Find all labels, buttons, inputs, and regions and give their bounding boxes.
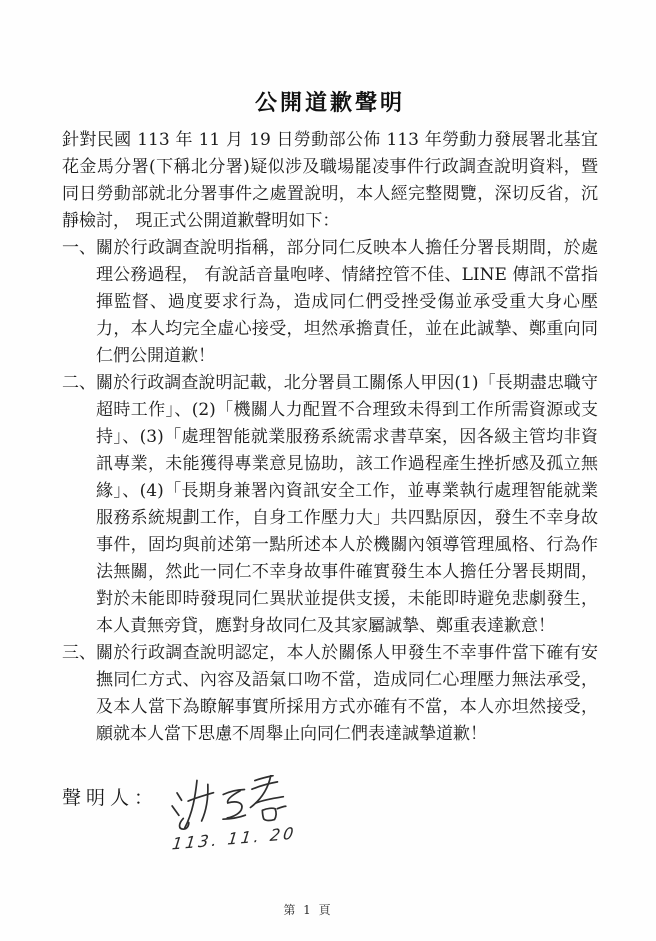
- item-marker: 三、: [62, 640, 96, 748]
- intro-paragraph: 針對民國 113 年 11 月 19 日勞動部公佈 113 年勞動力發展署北基宜…: [62, 127, 598, 235]
- item-marker: 一、: [62, 235, 96, 370]
- item-text: 關於行政調查說明指稱，部分同仁反映本人擔任分署長期間，於處理公務過程， 有說話音…: [96, 235, 598, 370]
- page-number: 第 1 頁: [0, 901, 616, 918]
- signature-row: 聲明人：: [62, 775, 598, 865]
- apology-statement-document: 公開道歉聲明 針對民國 113 年 11 月 19 日勞動部公佈 113 年勞動…: [0, 0, 656, 941]
- signature-area: 113. 11. 20: [168, 775, 368, 865]
- document-content: 公開道歉聲明 針對民國 113 年 11 月 19 日勞動部公佈 113 年勞動…: [62, 90, 598, 865]
- statement-item: 二、關於行政調查說明記載，北分署員工關係人甲因(1)「長期盡忠職守超時工作」、(…: [62, 370, 598, 640]
- document-title: 公開道歉聲明: [62, 90, 598, 116]
- statement-item: 三、關於行政調查說明認定，本人於關係人甲發生不幸事件當下確有安撫同仁方式、內容及…: [62, 640, 598, 748]
- item-text: 關於行政調查說明記載，北分署員工關係人甲因(1)「長期盡忠職守超時工作」、(2)…: [96, 370, 598, 640]
- item-marker: 二、: [62, 370, 96, 640]
- statement-list: 一、關於行政調查說明指稱，部分同仁反映本人擔任分署長期間，於處理公務過程， 有說…: [62, 235, 598, 748]
- item-text: 關於行政調查說明認定，本人於關係人甲發生不幸事件當下確有安撫同仁方式、內容及語氣…: [96, 640, 598, 748]
- declarant-label: 聲明人：: [62, 775, 158, 812]
- statement-item: 一、關於行政調查說明指稱，部分同仁反映本人擔任分署長期間，於處理公務過程， 有說…: [62, 235, 598, 370]
